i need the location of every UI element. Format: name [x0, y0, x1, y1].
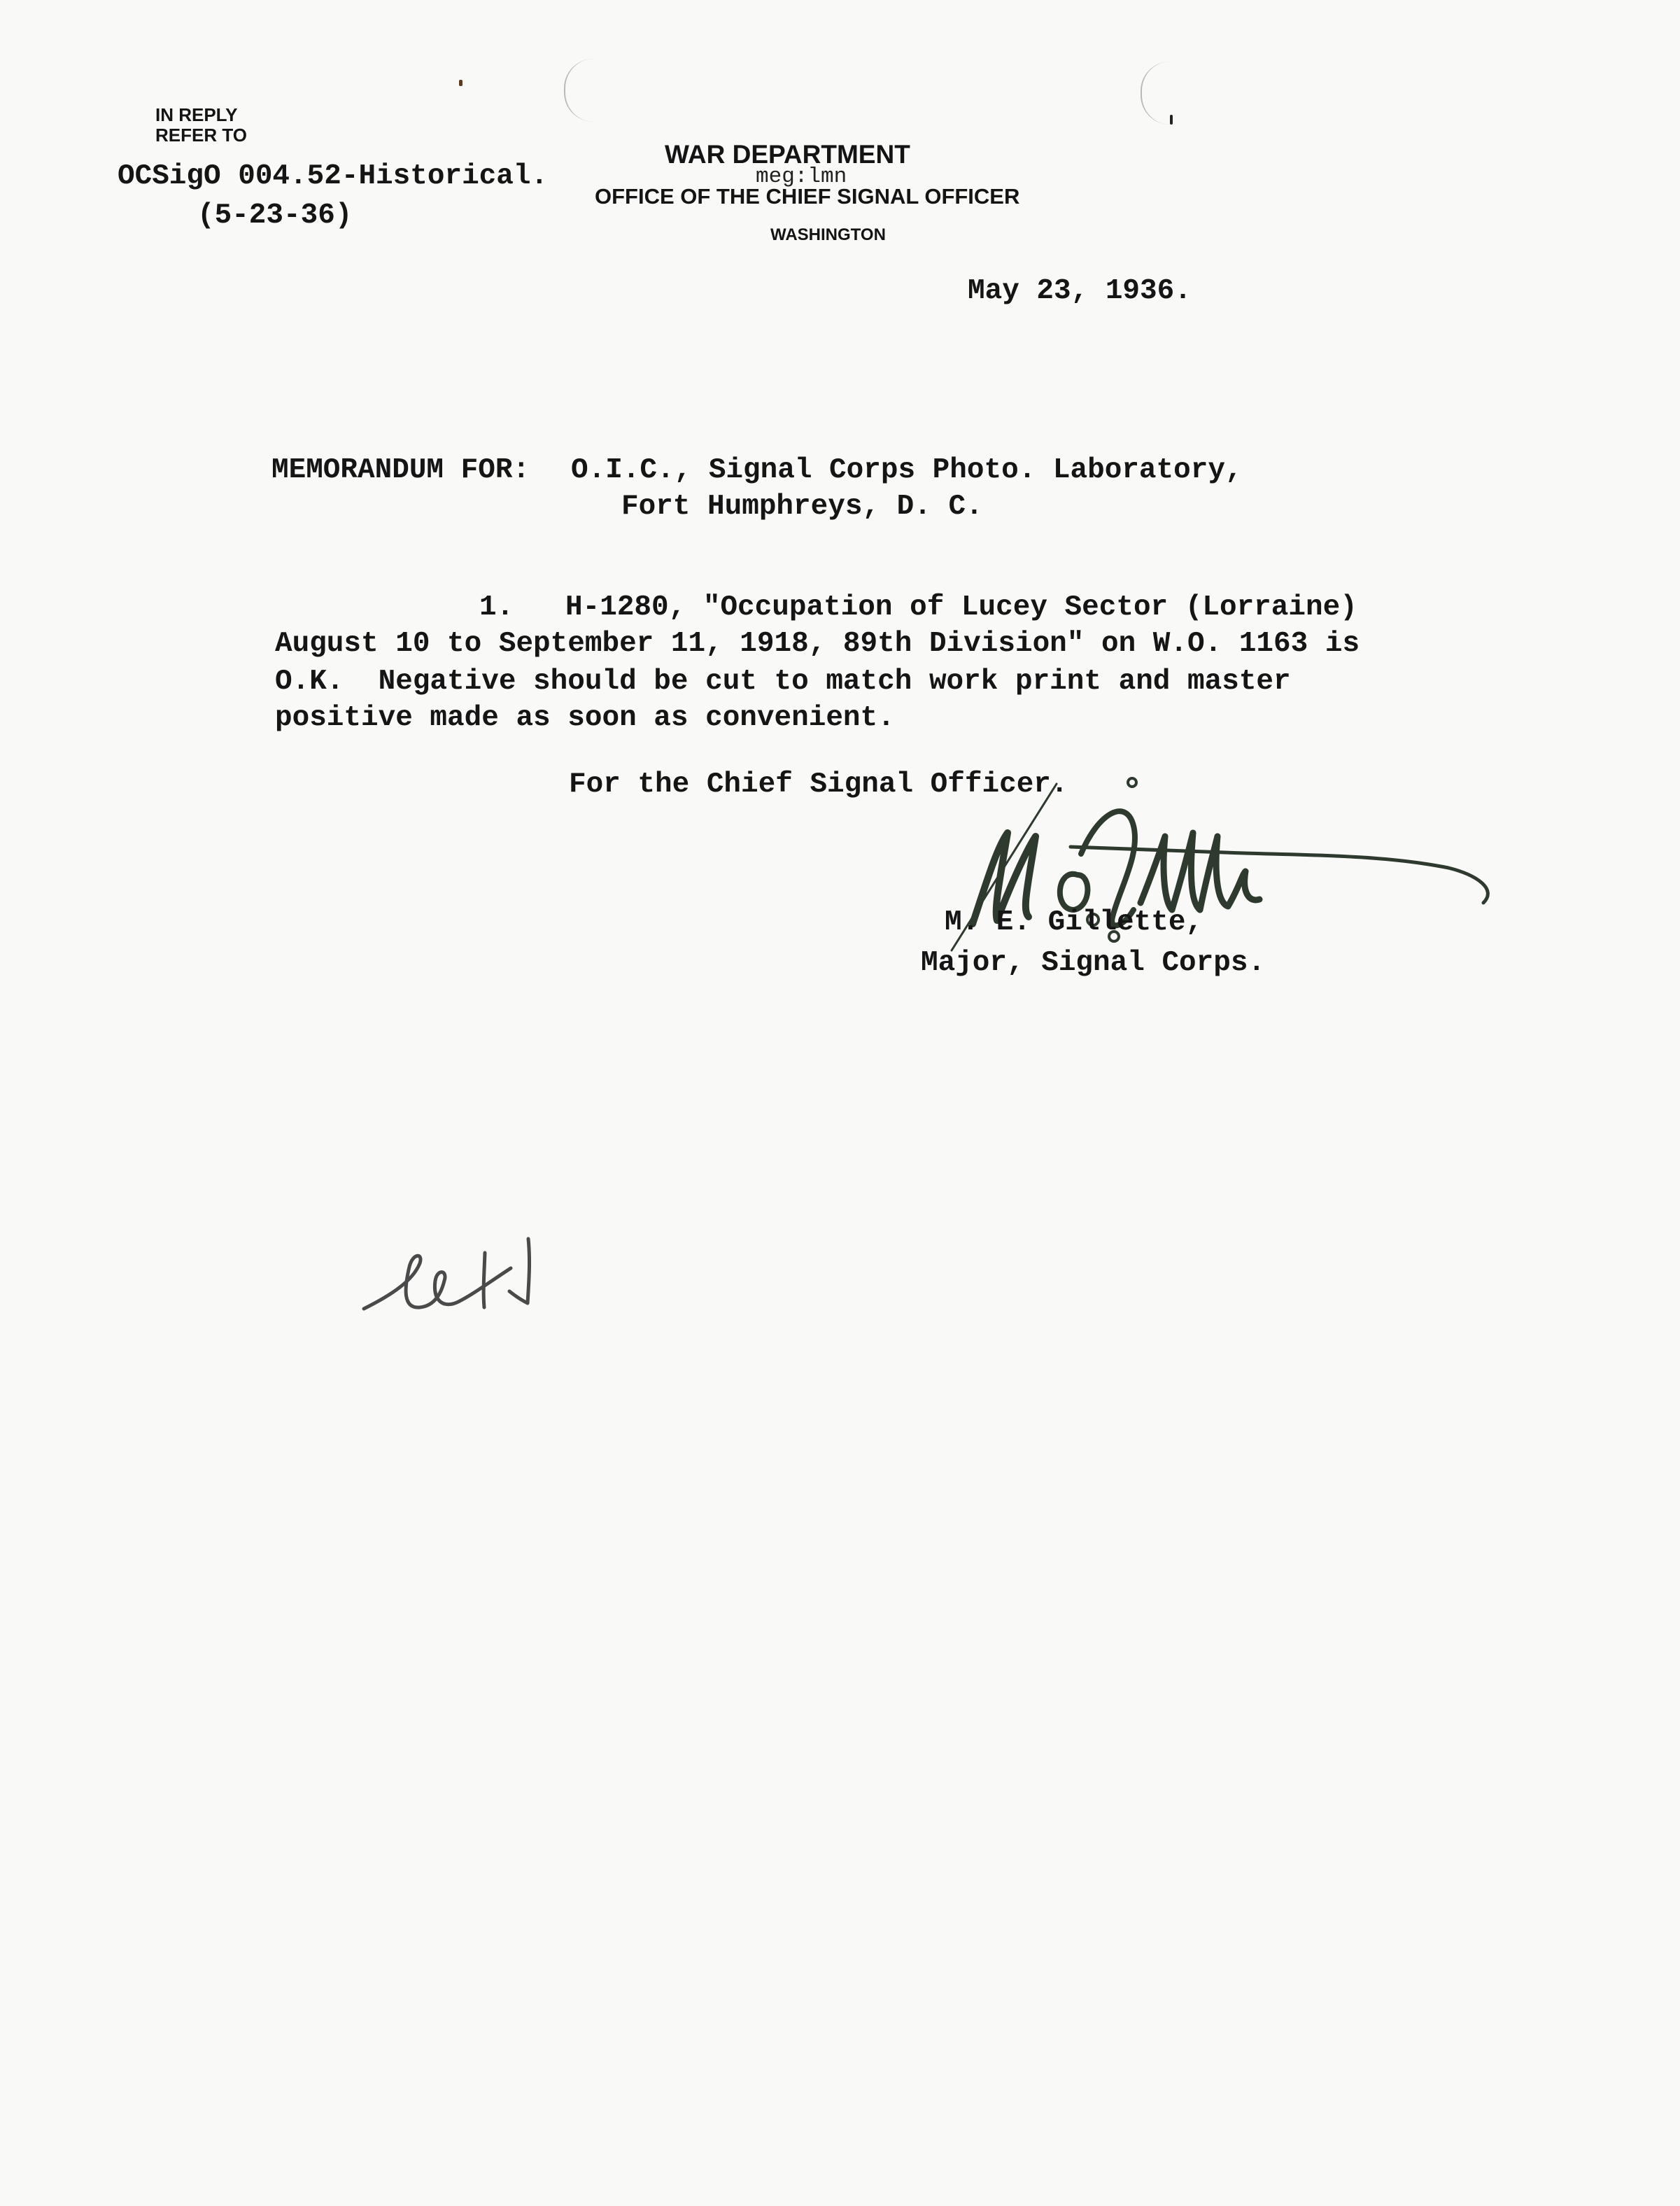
- punch-hole-mark: [1141, 62, 1170, 125]
- reply-label-line-2: REFER TO: [155, 125, 247, 146]
- body-paragraph-line: August 10 to September 11, 1918, 89th Di…: [275, 626, 1360, 662]
- memo-date: May 23, 1936.: [968, 274, 1192, 308]
- paper-speck: [1170, 115, 1173, 125]
- file-reference: OCSigO 004.52-Historical.: [118, 160, 548, 193]
- paper-speck: [459, 80, 463, 86]
- reply-label-line-1: IN REPLY: [155, 104, 238, 125]
- body-paragraph-line: positive made as soon as convenient.: [275, 700, 895, 736]
- letterhead-city: WASHINGTON: [770, 225, 886, 245]
- memorandum-recipient: O.I.C., Signal Corps Photo. Laboratory,: [571, 452, 1243, 489]
- punch-hole-mark: [564, 59, 593, 122]
- file-reference-date: (5-23-36): [197, 199, 352, 232]
- reply-reference-label: IN REPLY REFER TO: [155, 105, 247, 146]
- body-paragraph-line: O.K. Negative should be cut to match wor…: [275, 663, 1291, 700]
- memorandum-label: MEMORANDUM FOR:: [271, 452, 530, 489]
- memo-page: IN REPLY REFER TO OCSigO 004.52-Historic…: [0, 0, 1680, 2206]
- signer-name: M. E. Gillette,: [945, 904, 1203, 941]
- handwritten-initials-note: [350, 1225, 560, 1323]
- body-paragraph-line: 1. H-1280, "Occupation of Lucey Sector (…: [479, 589, 1357, 626]
- letterhead-office: OFFICE OF THE CHIEF SIGNAL OFFICER: [595, 185, 1019, 209]
- memorandum-recipient-location: Fort Humphreys, D. C.: [621, 489, 983, 525]
- signer-title: Major, Signal Corps.: [921, 945, 1265, 981]
